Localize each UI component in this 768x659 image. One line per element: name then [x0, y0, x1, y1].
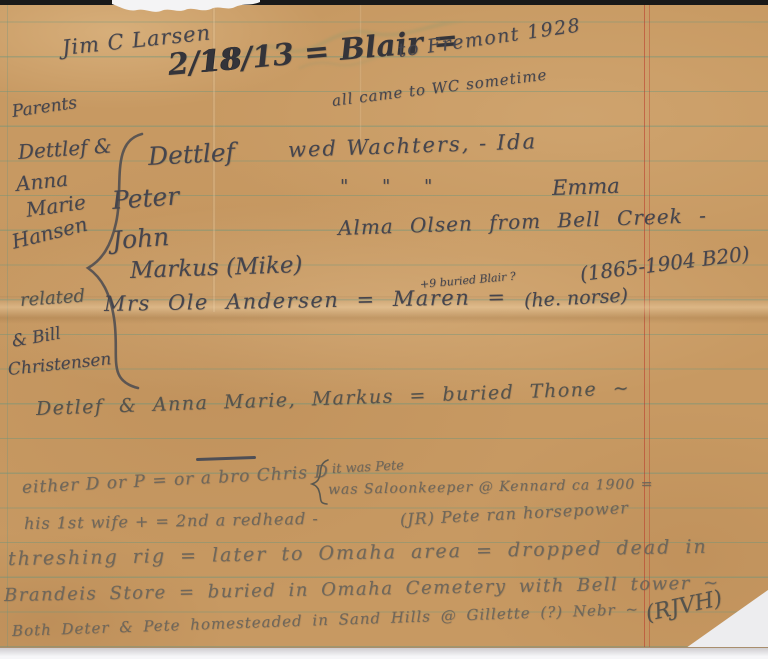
date-month: 2/	[166, 45, 201, 83]
scan-bottom-background	[0, 647, 768, 659]
scanned-handwritten-note: Jim C Larsen 2/18/13 = Blair = to Fremon…	[0, 0, 768, 659]
child-peter: Peter	[111, 181, 180, 215]
child-john: John	[111, 222, 170, 255]
peter-spouse-note: Emma	[552, 174, 620, 200]
ditto-marks: " " "	[340, 176, 446, 197]
date-day-overwritten: 18	[198, 42, 243, 81]
child-dettlef: Dettlef	[147, 137, 235, 171]
